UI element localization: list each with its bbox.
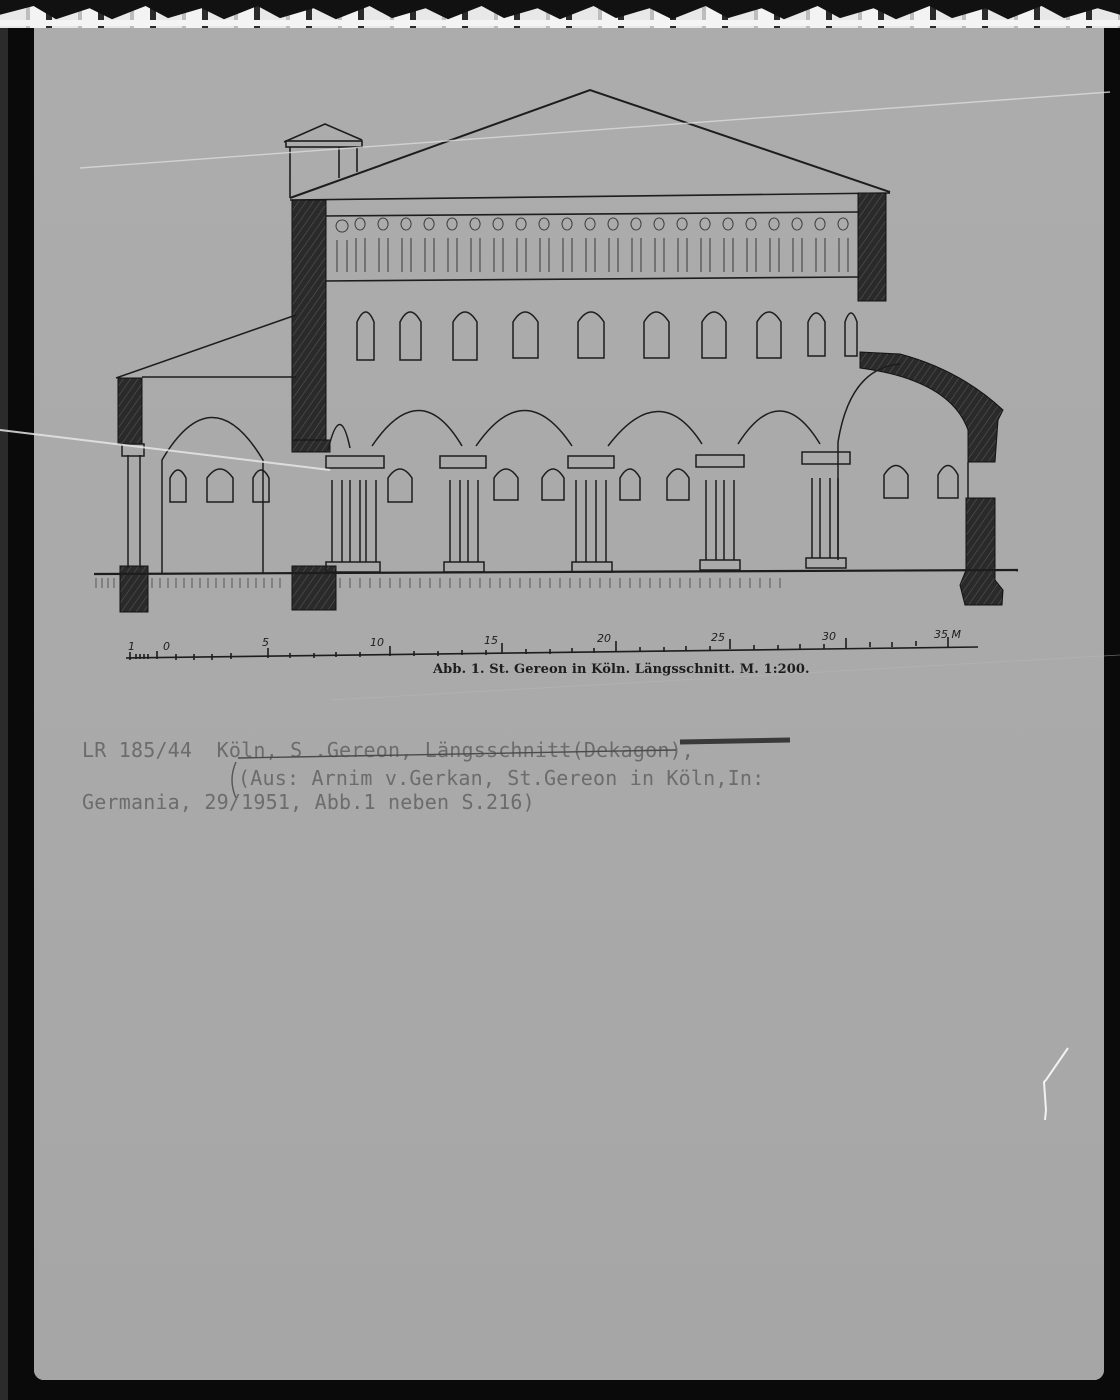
scale-label: 25 xyxy=(711,631,725,644)
figure-caption: Abb. 1. St. Gereon in Köln. Längsschnitt… xyxy=(433,662,810,677)
west-wall-section xyxy=(292,200,326,446)
index-card-line-3: Germania, 29/1951, Abb.1 neben S.216) xyxy=(82,790,535,814)
film-scratch xyxy=(1036,1040,1076,1130)
scale-bar xyxy=(126,637,978,660)
index-card-line-2: (Aus: Arnim v.Gerkan, St.Gereon in Köln,… xyxy=(238,766,764,790)
frieze-figures xyxy=(336,220,348,272)
scale-label: 1 xyxy=(128,640,135,653)
scale-label: 5 xyxy=(262,636,269,649)
index-card-line-1: LR 185/44 Köln, S .Gereon, Längsschnitt(… xyxy=(82,738,694,762)
scale-label: 10 xyxy=(370,636,384,649)
scale-label: 15 xyxy=(484,634,498,647)
scale-label: 0 xyxy=(163,640,170,653)
scale-label: 30 xyxy=(822,630,836,643)
scale-label: 20 xyxy=(597,632,611,645)
church-section-drawing xyxy=(0,0,1120,700)
scale-label: 35 M xyxy=(934,628,961,641)
